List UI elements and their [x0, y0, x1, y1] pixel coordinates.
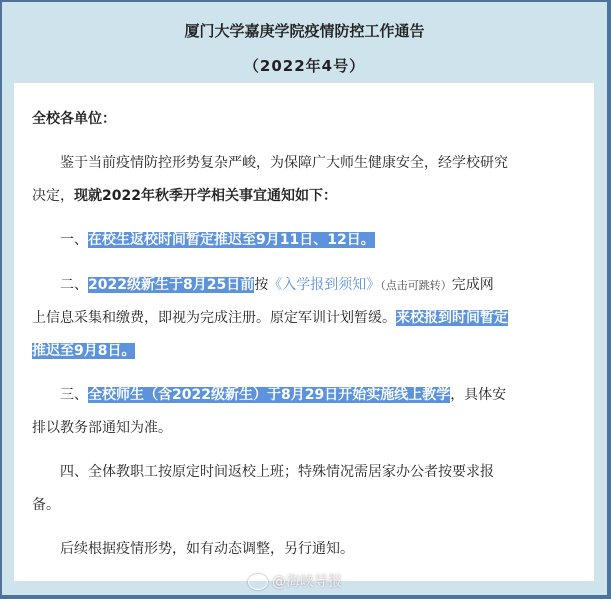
notice-number: （2022年4号）	[2, 55, 607, 76]
intro-text: 决定，	[32, 188, 74, 204]
salutation: 全校各单位：	[32, 101, 580, 138]
weibo-watermark: @海峡导报	[248, 571, 342, 591]
item-4-line-1: 四、全体教职工按原定时间返校上班；特殊情况需居家办公者按要求报	[32, 454, 580, 491]
intro-line-2: 决定，现就2022年秋季开学相关事宜通知如下：	[32, 178, 580, 215]
item-2-text-2: 完成网	[452, 277, 494, 293]
click-note: （点击可跳转）	[380, 279, 452, 292]
item-3-prefix: 三、	[32, 387, 88, 403]
item-3-line-1: 三、全校师生（含2022级新生）于8月29日开始实施线上教学，具体安	[32, 377, 580, 414]
intro-line-1: 鉴于当前疫情防控形势复杂严峻，为保障广大师生健康安全，经学校研究	[32, 145, 580, 182]
item-2-line-3: 推迟至9月8日。	[32, 333, 580, 370]
item-1-highlight: 在校生返校时间暂定推迟至9月11日、12日。	[88, 232, 375, 248]
notice-title: 厦门大学嘉庚学院疫情防控工作通告	[2, 20, 607, 41]
notice-frame: 厦门大学嘉庚学院疫情防控工作通告 （2022年4号） 全校各单位： 鉴于当前疫情…	[2, 2, 609, 597]
item-3-line-2: 排以教务部通知为准。	[32, 410, 580, 447]
item-1: 一、在校生返校时间暂定推迟至9月11日、12日。	[32, 222, 580, 259]
intro-bold: 现就2022年秋季开学相关事宜通知如下：	[74, 188, 337, 204]
admission-guide-link[interactable]: 《入学报到须知》	[268, 277, 380, 293]
closing-line: 后续根据疫情形势，如有动态调整，另行通知。	[32, 531, 580, 568]
item-1-prefix: 一、	[32, 232, 88, 248]
item-2-line-2: 上信息采集和缴费，即视为完成注册。原定军训计划暂缓。来校报到时间暂定	[32, 300, 580, 337]
item-2-highlight-3: 推迟至9月8日。	[32, 343, 135, 359]
item-2-prefix: 二、	[32, 277, 88, 293]
item-3-text: ，具体安	[450, 387, 506, 403]
item-3-highlight: 全校师生（含2022级新生）于8月29日开始实施线上教学	[88, 387, 450, 403]
item-2-text-1: 按	[254, 277, 268, 293]
weibo-icon	[248, 574, 268, 590]
item-2-highlight-2: 来校报到时间暂定	[396, 310, 508, 326]
watermark-text: @海峡导报	[272, 574, 342, 590]
item-2-line-1: 二、2022级新生于8月25日前按《入学报到须知》（点击可跳转）完成网	[32, 267, 580, 304]
item-4-line-2: 备。	[32, 487, 580, 524]
item-2-text-3: 上信息采集和缴费，即视为完成注册。原定军训计划暂缓。	[32, 310, 396, 326]
item-2-highlight-1: 2022级新生于8月25日前	[88, 277, 254, 293]
notice-body-panel: 全校各单位： 鉴于当前疫情防控形势复杂严峻，为保障广大师生健康安全，经学校研究 …	[14, 83, 594, 581]
